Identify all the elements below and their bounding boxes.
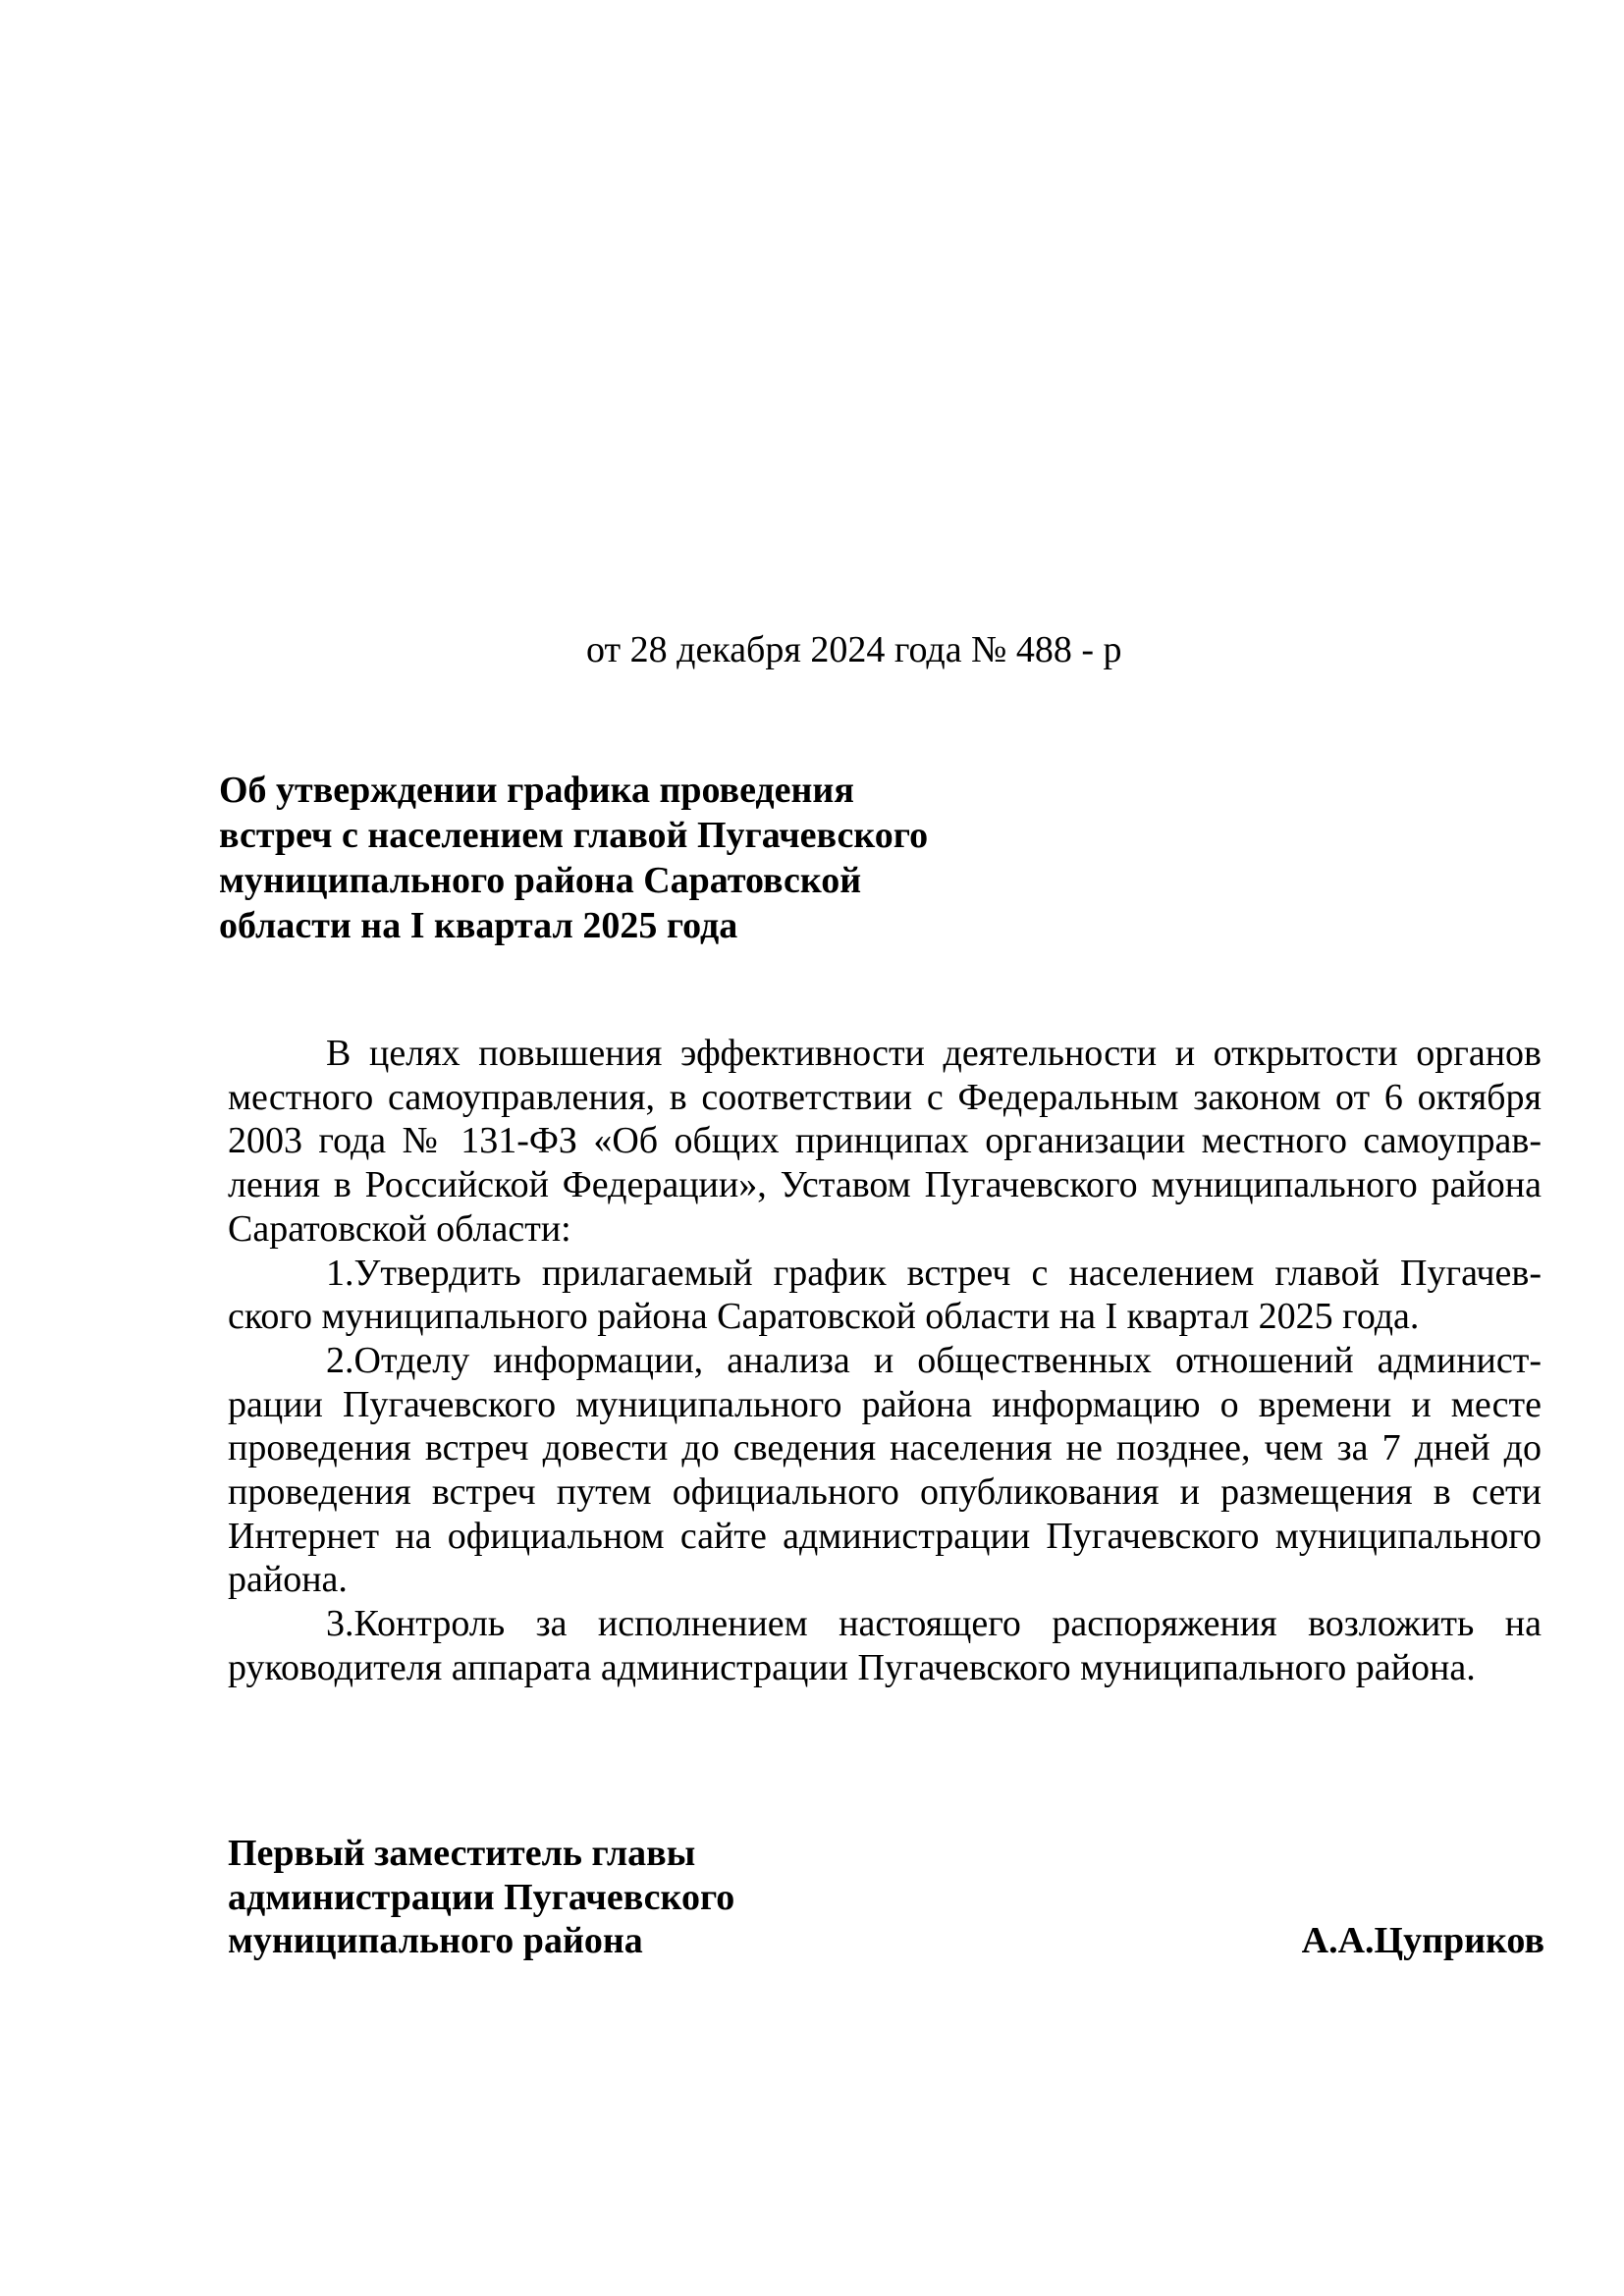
- signature-name: А.А.Цуприков: [1302, 1919, 1544, 1963]
- document-title-line: встреч с населением главой Пугачевского: [219, 813, 1103, 858]
- paragraph-line: проведения встреч путем официального опу…: [228, 1470, 1542, 1515]
- signature-position-line: муниципального района: [228, 1919, 643, 1963]
- document-date-number: от 28 декабря 2024 года № 488 - р: [586, 628, 1122, 672]
- paragraph-line: 2.Отделу информации, анализа и обществен…: [228, 1339, 1542, 1383]
- paragraph-line: проведения встреч довести до сведения на…: [228, 1426, 1542, 1470]
- paragraph: 3.Контроль за исполнением настоящего рас…: [228, 1602, 1542, 1689]
- paragraph: 2.Отделу информации, анализа и обществен…: [228, 1339, 1542, 1602]
- paragraph-line: рации Пугачевского муниципального района…: [228, 1383, 1542, 1427]
- paragraph-line: местного самоуправления, в соответствии …: [228, 1076, 1542, 1120]
- document-title-line: Об утверждении графика проведения: [219, 768, 1103, 813]
- document-page: от 28 декабря 2024 года № 488 - р Об утв…: [0, 0, 1624, 2296]
- document-title-line: области на I квартал 2025 года: [219, 903, 1103, 948]
- paragraph-line: ления в Российской Федерации», Уставом П…: [228, 1163, 1542, 1207]
- signature-block: Первый заместитель главы администрации П…: [228, 1832, 1544, 1963]
- body-paragraphs: В целях повышения эффективности деятельн…: [228, 1032, 1542, 1690]
- document-title-line: муниципального района Саратовской: [219, 858, 1103, 903]
- paragraph-line: Саратовской области:: [228, 1207, 1542, 1252]
- paragraph-line: района.: [228, 1558, 1542, 1602]
- paragraph: В целях повышения эффективности деятельн…: [228, 1032, 1542, 1252]
- document-title: Об утверждении графика проведения встреч…: [219, 768, 1103, 948]
- signature-position-line: Первый заместитель главы: [228, 1832, 1544, 1876]
- paragraph-line: ского муниципального района Саратовской …: [228, 1295, 1542, 1339]
- signature-row: муниципального района А.А.Цуприков: [228, 1919, 1544, 1963]
- paragraph-line: Интернет на официальном сайте администра…: [228, 1515, 1542, 1559]
- paragraph-line: В целях повышения эффективности деятельн…: [228, 1032, 1542, 1076]
- paragraph-line: 1.Утвердить прилагаемый график встреч с …: [228, 1252, 1542, 1296]
- paragraph-line: 2003 года № 131-ФЗ «Об общих принципах о…: [228, 1119, 1542, 1163]
- paragraph-line: руководителя аппарата администрации Пуга…: [228, 1646, 1542, 1690]
- signature-position-line: администрации Пугачевского: [228, 1876, 1544, 1920]
- paragraph: 1.Утвердить прилагаемый график встреч с …: [228, 1252, 1542, 1339]
- paragraph-line: 3.Контроль за исполнением настоящего рас…: [228, 1602, 1542, 1646]
